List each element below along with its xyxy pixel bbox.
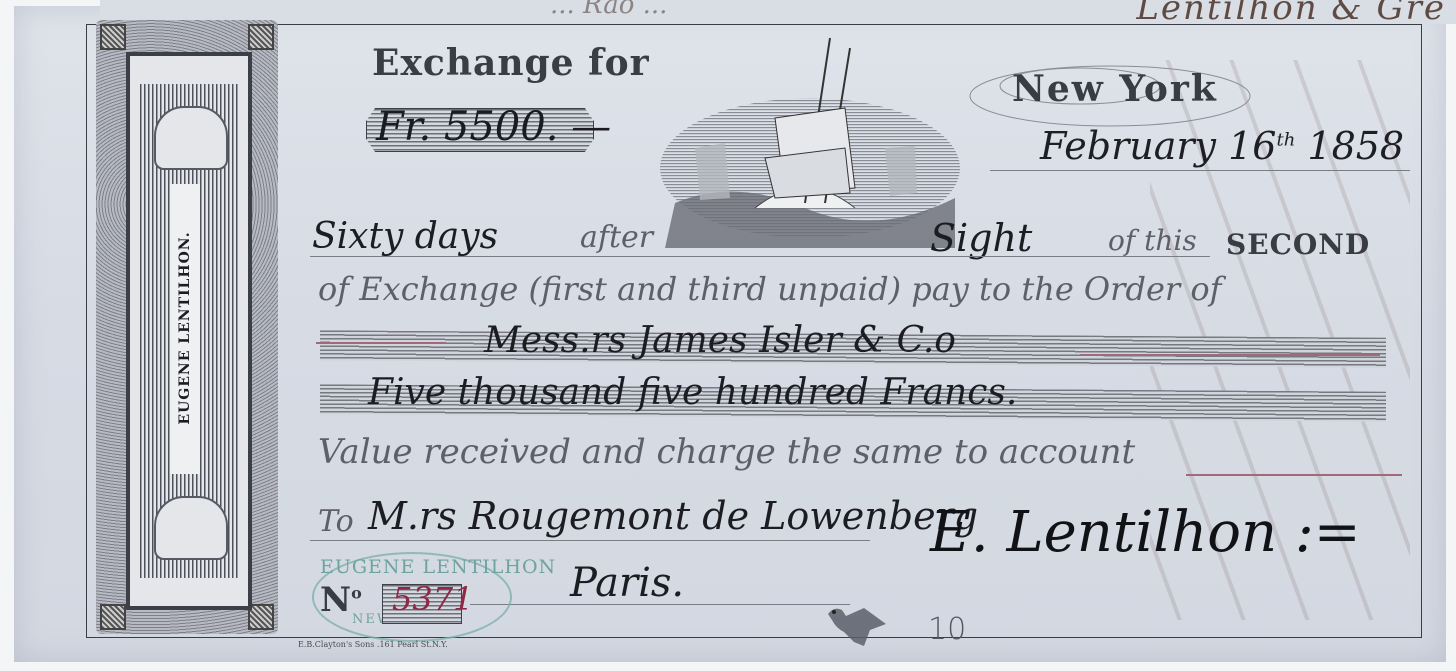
payee-name: Mess.rs James Isler & C.o (484, 320, 956, 361)
corner-ornament-icon (100, 24, 126, 50)
corner-ornament-icon (248, 24, 274, 50)
underlying-text-right: Lentilhon & Gre (1136, 0, 1446, 24)
amount-figure: Fr. 5500. — (376, 104, 611, 150)
sight-field: Sight (930, 216, 1032, 260)
number-label-sup: o (351, 584, 362, 603)
of-this-label: of this (1108, 224, 1197, 257)
exchange-for-heading: Exchange for (372, 42, 650, 84)
number-label: No (320, 580, 362, 620)
drawee-city: Paris. (570, 560, 684, 606)
serial-number: 5371 (392, 580, 473, 618)
issue-date: February 16th 1858 (1040, 124, 1404, 168)
pencil-annotation: 10 (928, 612, 966, 647)
number-label-text: N (320, 580, 351, 620)
city-rule (470, 604, 850, 605)
date-suffix: th (1276, 129, 1295, 150)
date-rule (990, 170, 1410, 171)
amount-in-words: Five thousand five hundred Francs. (368, 372, 1017, 413)
ornamental-side-panel: EUGENE LENTILHON. (96, 20, 278, 634)
corner-ornament-icon (100, 604, 126, 630)
after-label: after (580, 220, 653, 255)
underlying-text-left: ... Rao ... (550, 0, 667, 20)
drawee-name: M.rs Rougemont de Lowenberg (368, 494, 978, 538)
exchange-clause: of Exchange (first and third unpaid) pay… (318, 270, 1221, 308)
underlying-document-strip: ... Rao ... Lentilhon & Gre (100, 0, 1456, 24)
panel-inner: EUGENE LENTILHON. (126, 52, 252, 610)
stamp-text-top: EUGENE LENTILHON (320, 556, 556, 578)
eagle-vignette-icon (824, 602, 890, 648)
account-red-rule (1186, 474, 1402, 476)
to-label: To (318, 504, 354, 539)
sailing-ship-vignette-icon (655, 28, 965, 248)
copy-designation: SECOND (1226, 228, 1370, 261)
line1-rule (310, 256, 1210, 257)
payee-red-rule (1080, 354, 1380, 356)
value-received-clause: Value received and charge the same to ac… (318, 432, 1135, 472)
term-field: Sixty days (312, 216, 498, 257)
payee-red-rule (316, 342, 446, 344)
drawee-rule (310, 540, 870, 541)
place-of-issue: New York (1012, 68, 1218, 110)
date-month-day: February 16 (1040, 124, 1276, 168)
printer-imprint: E.B.Clayton's Sons .161 Pearl St.N.Y. (298, 640, 448, 649)
date-year: 1858 (1307, 124, 1404, 168)
issuer-vertical-label: EUGENE LENTILHON. (177, 231, 193, 424)
scroll-ornament-icon (154, 496, 228, 560)
drawer-signature: E. Lentilhon := (930, 500, 1361, 565)
scroll-ornament-icon (154, 106, 228, 170)
